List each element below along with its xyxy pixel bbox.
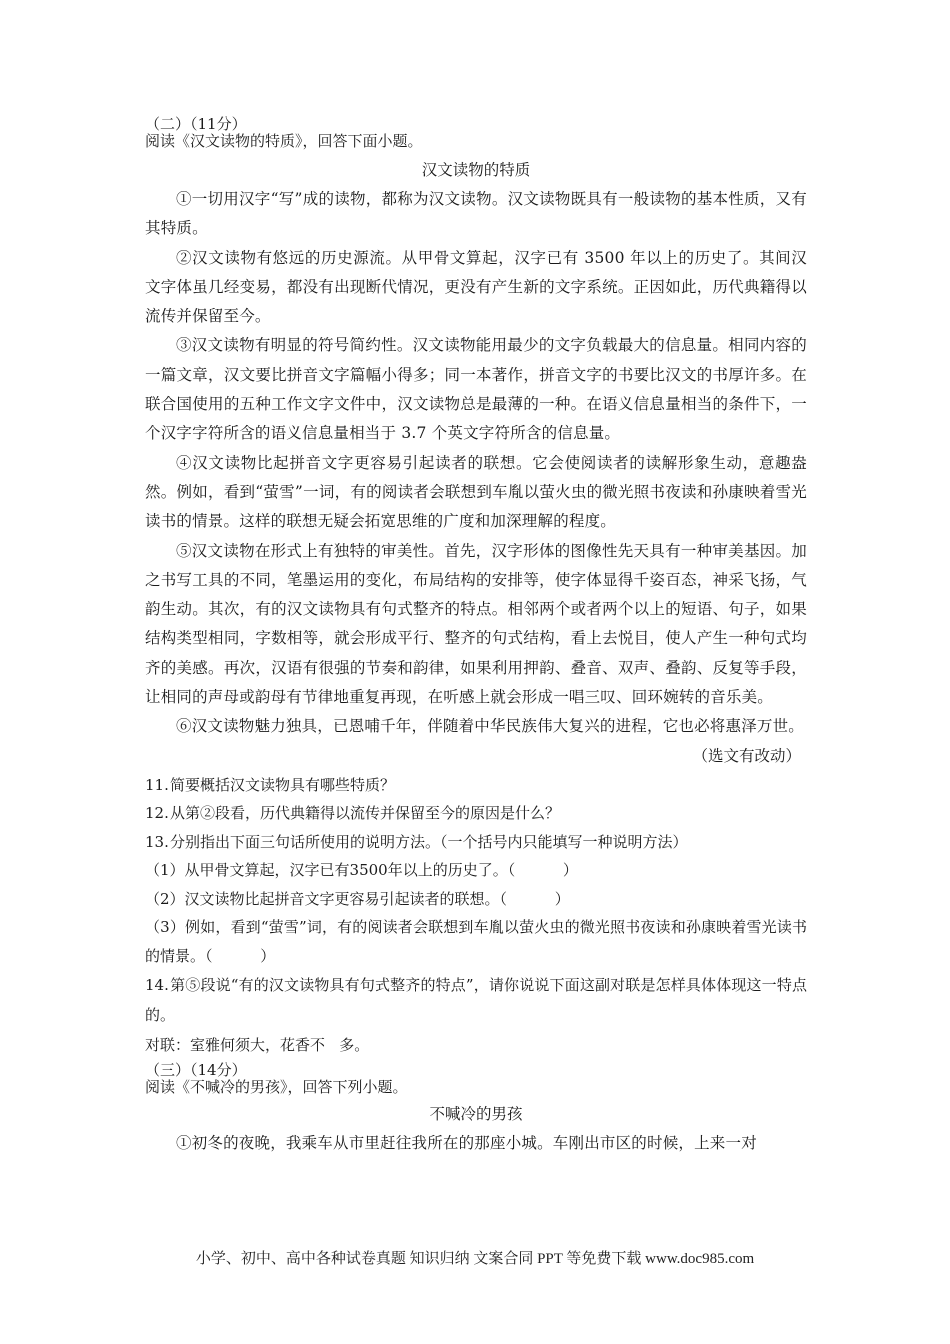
- sub-question-text: （1）从甲骨文算起，汉字已有3500年以上的历史了。（: [145, 861, 515, 879]
- question-text: 第⑤段说“有的汉文读物具有句式整齐的特点”，请你说说下面这副对联是怎样具体体现这…: [145, 976, 807, 1024]
- question-14: 14.第⑤段说“有的汉文读物具有句式整齐的特点”，请你说说下面这副对联是怎样具体…: [145, 970, 807, 1030]
- question-text: 从第②段看，历代典籍得以流传并保留至今的原因是什么？: [170, 804, 560, 822]
- section-2-instruction: 阅读《汉文读物的特质》，回答下面小题。: [145, 133, 807, 150]
- closing-paren: ）: [563, 861, 578, 879]
- question-12: 12.从第②段看，历代典籍得以流传并保留至今的原因是什么？: [145, 799, 807, 828]
- question-number: 14.: [145, 970, 170, 1000]
- question-11: 11.简要概括汉文读物具有哪些特质？: [145, 771, 807, 800]
- question-number: 11.: [145, 771, 170, 800]
- article-1-paragraph-3: ③汉文读物有明显的符号简约性。汉文读物能用最少的文字负载最大的信息量。相同内容的…: [145, 331, 807, 448]
- question-13: 13.分别指出下面三句话所使用的说明方法。（一个括号内只能填写一种说明方法）: [145, 828, 807, 857]
- sub-question-text: （2）汉文读物比起拼音文字更容易引起读者的联想。（: [145, 890, 507, 908]
- answer-blank[interactable]: [213, 942, 261, 971]
- article-2-paragraph-1: ①初冬的夜晚，我乘车从市里赶往我所在的那座小城。车刚出市区的时候，上来一对: [145, 1129, 807, 1158]
- answer-blank[interactable]: [515, 856, 563, 885]
- footer-watermark: 小学、初中、高中各种试卷真题 知识归纳 文案合同 PPT 等免费下载 www.d…: [0, 1247, 950, 1268]
- closing-paren: ）: [260, 947, 275, 965]
- couplet: 对联：室雅何须大，花香不 多。: [145, 1030, 807, 1060]
- section-2-header: （二）（11分）: [145, 116, 807, 133]
- section-3-instruction: 阅读《不喊冷的男孩》，回答下列小题。: [145, 1079, 807, 1096]
- sub-question-1: （1）从甲骨文算起，汉字已有3500年以上的历史了。（ ）: [145, 856, 807, 885]
- article-1-paragraph-5: ⑤汉文读物在形式上有独特的审美性。首先，汉字形体的图像性先天具有一种审美基因。加…: [145, 537, 807, 713]
- sub-question-2: （2）汉文读物比起拼音文字更容易引起读者的联想。（ ）: [145, 885, 807, 914]
- question-number: 12.: [145, 799, 170, 828]
- article-1-paragraph-4: ④汉文读物比起拼音文字更容易引起读者的联想。它会使阅读者的读解形象生动，意趣盎然…: [145, 449, 807, 537]
- source-note: （选文有改动）: [145, 742, 807, 771]
- article-1-title: 汉文读物的特质: [145, 156, 807, 185]
- article-1-paragraph-1: ①一切用汉字“写”成的读物，都称为汉文读物。汉文读物既具有一般读物的基本性质，又…: [145, 185, 807, 244]
- question-text: 简要概括汉文读物具有哪些特质？: [170, 776, 395, 794]
- question-number: 13.: [145, 828, 170, 857]
- section-3-header: （三）（14分）: [145, 1062, 807, 1079]
- document-page: （二）（11分） 阅读《汉文读物的特质》，回答下面小题。 汉文读物的特质 ①一切…: [145, 116, 807, 1158]
- sub-question-3: （3）例如，看到“萤雪”词，有的阅读者会联想到车胤以萤火虫的微光照书夜读和孙康映…: [145, 913, 807, 970]
- article-2-title: 不喊冷的男孩: [145, 1100, 807, 1129]
- article-1-paragraph-6: ⑥汉文读物魅力独具，已恩哺千年，伴随着中华民族伟大复兴的进程，它也必将惠泽万世。: [145, 712, 807, 741]
- article-1-paragraph-2: ②汉文读物有悠远的历史源流。从甲骨文算起，汉字已有 3500 年以上的历史了。其…: [145, 244, 807, 332]
- answer-blank[interactable]: [507, 885, 555, 914]
- question-text: 分别指出下面三句话所使用的说明方法。（一个括号内只能填写一种说明方法）: [170, 833, 688, 851]
- closing-paren: ）: [555, 890, 570, 908]
